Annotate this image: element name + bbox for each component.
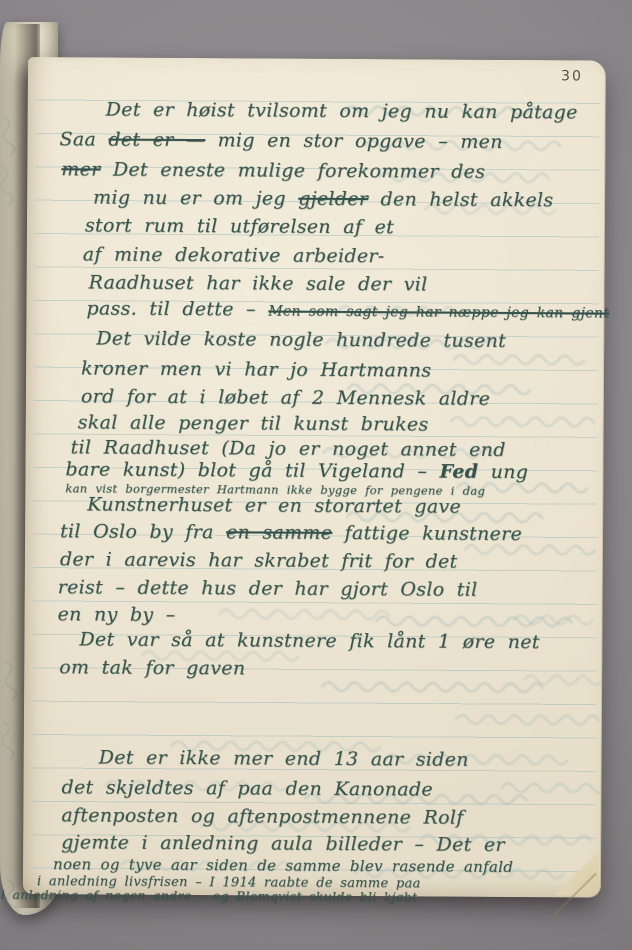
manuscript-page: 30 Det er høist tvilsomt om jeg nu kan p… xyxy=(23,57,606,898)
manuscript-line: i anledning af nogen andre – og Blomqvis… xyxy=(1,887,417,905)
manuscript-line: Saa det er — mig en stor opgave – men xyxy=(59,128,502,153)
manuscript-line: Raadhuset har ikke sale der vil xyxy=(89,271,428,295)
manuscript-line: gjemte i anledning aula billeder – Det e… xyxy=(61,831,505,856)
manuscript-line: der i aarevis har skrabet frit for det xyxy=(60,548,458,572)
manuscript-line: af mine dekorative arbeider- xyxy=(83,243,385,267)
manuscript-line: skal alle penger til kunst brukes xyxy=(78,411,429,435)
manuscript-line: aftenposten og aftenpostmennene Rolf xyxy=(61,804,463,828)
manuscript-line: Det vilde koste nogle hundrede tusent xyxy=(96,327,506,352)
photo-backdrop: 30 Det er høist tvilsomt om jeg nu kan p… xyxy=(0,0,632,950)
manuscript-line: Det er høist tvilsomt om jeg nu kan påta… xyxy=(106,98,578,123)
manuscript-line: en ny by – xyxy=(58,603,176,626)
manuscript-line: pass. til dette – Men som sagt jeg har n… xyxy=(86,297,609,322)
manuscript-line: ord for at i løbet af 2 Mennesk aldre xyxy=(81,385,490,409)
manuscript-lines: Det er høist tvilsomt om jeg nu kan påta… xyxy=(23,57,605,897)
manuscript-line: det skjeldtes af paa den Kanonade xyxy=(61,776,433,800)
manuscript-line: Det er ikke mer end 13 aar siden xyxy=(99,746,469,770)
manuscript-line: bare kunst) blot gå til Vigeland – Fed u… xyxy=(65,458,528,483)
manuscript-line: til Oslo by fra en samme fattige kunstne… xyxy=(60,520,522,545)
manuscript-line: kroner men vi har jo Hartmanns xyxy=(81,357,431,381)
manuscript-line: mer Det eneste mulige forekommer des xyxy=(61,158,485,183)
manuscript-line: om tak for gaven xyxy=(59,656,245,679)
manuscript-line: til Raadhuset (Da jo er noget annet end xyxy=(71,436,506,461)
manuscript-line: noen og tyve aar siden de samme blev ras… xyxy=(53,855,513,876)
manuscript-line: Kunstnerhuset er en storartet gave xyxy=(87,493,461,517)
manuscript-line: stort rum til utførelsen af et xyxy=(85,214,394,238)
manuscript-line: reist – dette hus der har gjort Oslo til xyxy=(58,576,478,601)
manuscript-line: mig nu er om jeg gjelder den helst akkel… xyxy=(93,186,553,211)
manuscript-line: Det var så at kunstnere fik lånt 1 øre n… xyxy=(79,628,539,653)
